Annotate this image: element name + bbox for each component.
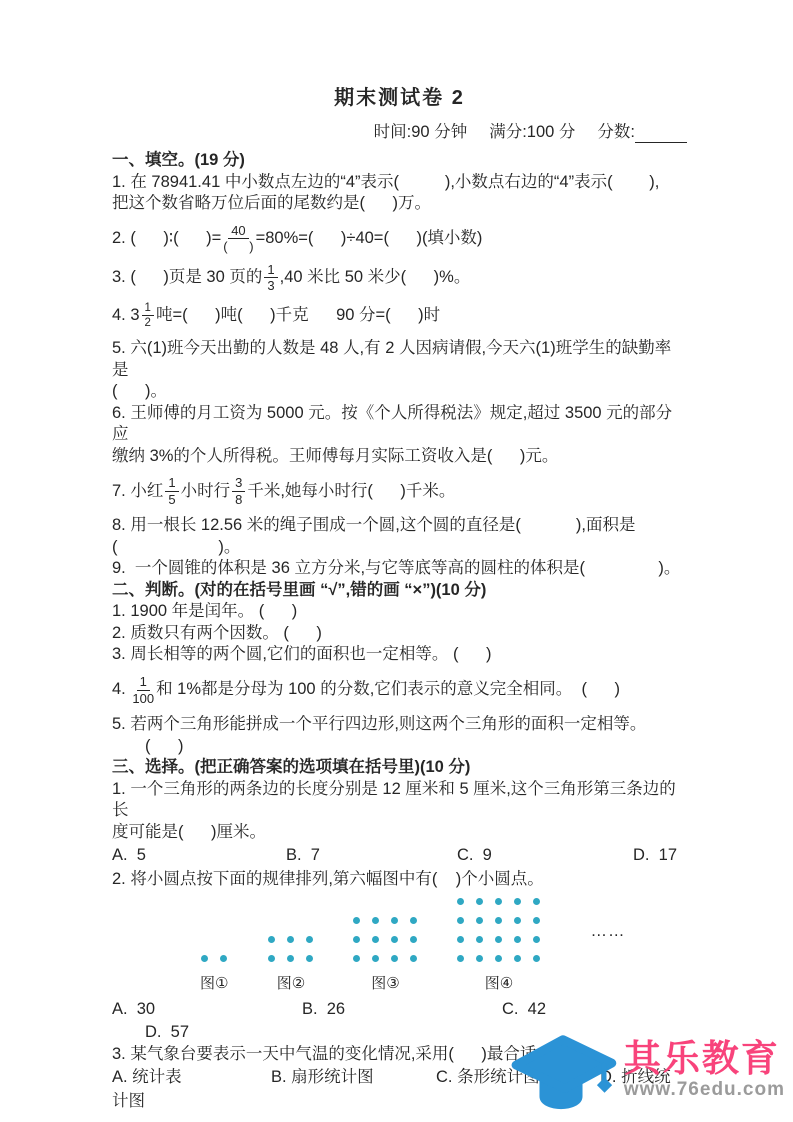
s1-q2-pre: 2. ( )∶( )= bbox=[112, 228, 221, 250]
option-b: B. 扇形统计图 bbox=[271, 1067, 436, 1089]
dot bbox=[287, 936, 294, 943]
dot bbox=[306, 936, 313, 943]
s2-q1: 1. 1900 年是闰年。 ( ) bbox=[112, 601, 687, 623]
dot bbox=[353, 955, 360, 962]
option-a: A. 统计表 bbox=[112, 1067, 271, 1089]
graduation-cap-icon bbox=[502, 1024, 620, 1114]
dot bbox=[410, 917, 417, 924]
s1-q8-line2: ( )。 bbox=[112, 537, 687, 559]
s1-q2-post: =80%=( )÷40=( )(填小数) bbox=[256, 228, 483, 250]
dot bbox=[514, 936, 521, 943]
s1-q7-pre: 7. 小红 bbox=[112, 481, 163, 503]
fraction: 12 bbox=[142, 302, 154, 329]
dot bbox=[353, 936, 360, 943]
section3-heading: 三、选择。(把正确答案的选项填在括号里)(10 分) bbox=[112, 757, 687, 779]
dot-grid bbox=[268, 936, 313, 962]
score-field: 分数: bbox=[597, 122, 687, 144]
dot bbox=[391, 917, 398, 924]
dot bbox=[372, 955, 379, 962]
s1-q2: 2. ( )∶( )=40( )=80%=( )÷40=( )(填小数) bbox=[112, 224, 687, 254]
s1-q7-mid: 小时行 bbox=[181, 481, 231, 503]
figure-label: 图① bbox=[200, 973, 228, 995]
dot bbox=[391, 955, 398, 962]
figure-label: 图④ bbox=[485, 973, 513, 995]
option-b: B. 7 bbox=[286, 845, 457, 867]
dot bbox=[533, 955, 540, 962]
dot-grid bbox=[201, 955, 227, 962]
s1-q5-line1: 5. 六(1)班今天出勤的人数是 48 人,有 2 人因病请假,今天六(1)班学… bbox=[112, 338, 687, 381]
dot bbox=[514, 955, 521, 962]
figure-label: 图② bbox=[277, 973, 305, 995]
fraction: 13 bbox=[264, 263, 277, 293]
dot bbox=[533, 898, 540, 905]
dot-figure: 图③ bbox=[353, 917, 417, 995]
s1-q1-line2: 把这个数省略万位后面的尾数约是( )万。 bbox=[112, 193, 687, 215]
dot-figure: 图① bbox=[200, 955, 228, 995]
s1-q1-line1: 1. 在 78941.41 中小数点左边的“4”表示( ),小数点右边的“4”表… bbox=[112, 172, 687, 194]
test-paper-page: 期末测试卷 2 时间:90 分钟 满分:100 分 分数: 一、填空。(19 分… bbox=[0, 0, 793, 1122]
dot bbox=[533, 917, 540, 924]
brand-logo: 其乐教育 www.76edu.com bbox=[502, 1024, 785, 1114]
option-c: C. 9 bbox=[457, 845, 633, 867]
figure-label: 图③ bbox=[371, 973, 399, 995]
s1-q4-pre: 4. 3 bbox=[112, 305, 140, 327]
dot bbox=[268, 955, 275, 962]
dot bbox=[514, 898, 521, 905]
s2-q4-pre: 4. bbox=[112, 679, 130, 701]
s2-q2: 2. 质数只有两个因数。 ( ) bbox=[112, 623, 687, 645]
dot-figure: 图② bbox=[268, 936, 313, 995]
dot bbox=[353, 917, 360, 924]
dot bbox=[457, 936, 464, 943]
time-label: 时间:90 分钟 bbox=[374, 122, 468, 144]
s1-q3: 3. ( )页是 30 页的13,40 米比 50 米少( )%。 bbox=[112, 263, 687, 293]
dot bbox=[476, 955, 483, 962]
s3-q1-line2: 度可能是( )厘米。 bbox=[112, 822, 687, 844]
dot bbox=[495, 898, 502, 905]
option-d: D. 17 bbox=[633, 845, 677, 867]
dot bbox=[372, 917, 379, 924]
s3-q1-line1: 1. 一个三角形的两条边的长度分别是 12 厘米和 5 厘米,这个三角形第三条边… bbox=[112, 779, 687, 822]
dot bbox=[391, 936, 398, 943]
dot bbox=[533, 936, 540, 943]
dot bbox=[201, 955, 208, 962]
option-c: C. 42 bbox=[502, 999, 546, 1021]
dot-pattern-figure: 图①图②图③图④…… bbox=[200, 898, 687, 995]
dot bbox=[457, 955, 464, 962]
dot bbox=[287, 955, 294, 962]
s1-q4-post: 吨=( )吨( )千克 90 分=( )时 bbox=[156, 305, 440, 327]
dot bbox=[476, 917, 483, 924]
s2-q3: 3. 周长相等的两个圆,它们的面积也一定相等。 ( ) bbox=[112, 644, 687, 666]
dot bbox=[372, 936, 379, 943]
brand-name: 其乐教育 bbox=[624, 1040, 785, 1077]
fraction: 15 bbox=[165, 476, 178, 506]
dot bbox=[220, 955, 227, 962]
paper-content: 期末测试卷 2 时间:90 分钟 满分:100 分 分数: 一、填空。(19 分… bbox=[112, 88, 687, 1112]
dot bbox=[410, 936, 417, 943]
dot bbox=[495, 936, 502, 943]
s1-q5-line2: ( )。 bbox=[112, 381, 687, 403]
dot bbox=[476, 898, 483, 905]
s1-q6-line1: 6. 王师傅的月工资为 5000 元。按《个人所得税法》规定,超过 3500 元… bbox=[112, 403, 687, 446]
fraction: 40( ) bbox=[223, 224, 253, 254]
dot bbox=[495, 955, 502, 962]
score-blank-line bbox=[635, 127, 687, 143]
pattern-ellipsis: …… bbox=[590, 921, 625, 943]
fraction: 1100 bbox=[132, 675, 154, 705]
option-a: A. 30 bbox=[112, 999, 302, 1021]
s1-q4: 4. 312吨=( )吨( )千克 90 分=( )时 bbox=[112, 302, 687, 329]
dot-grid bbox=[353, 917, 417, 962]
fraction: 38 bbox=[232, 476, 245, 506]
s1-q7-post: 千米,她每小时行( )千米。 bbox=[247, 481, 455, 503]
dot bbox=[457, 917, 464, 924]
s1-q9: 9. 一个圆锥的体积是 36 立方分米,与它等底等高的圆柱的体积是( )。 bbox=[112, 558, 687, 580]
dot bbox=[410, 955, 417, 962]
dot bbox=[268, 936, 275, 943]
dot bbox=[457, 898, 464, 905]
dot bbox=[495, 917, 502, 924]
s1-q6-line2: 缴纳 3%的个人所得税。王师傅每月实际工资收入是( )元。 bbox=[112, 446, 687, 468]
option-b: B. 26 bbox=[302, 999, 502, 1021]
s1-q7: 7. 小红15小时行38千米,她每小时行( )千米。 bbox=[112, 476, 687, 506]
s3-q1-options: A. 5 B. 7 C. 9 D. 17 bbox=[112, 845, 687, 867]
option-a: A. 5 bbox=[112, 845, 286, 867]
full-score-label: 满分:100 分 bbox=[489, 122, 575, 144]
score-label: 分数: bbox=[597, 122, 635, 144]
s1-q8-line1: 8. 用一根长 12.56 米的绳子围成一个圆,这个圆的直径是( ),面积是 bbox=[112, 515, 687, 537]
dot bbox=[306, 955, 313, 962]
s2-q4: 4. 1100和 1%都是分母为 100 的分数,它们表示的意义完全相同。 ( … bbox=[112, 675, 687, 705]
s2-q5-line2: ( ) bbox=[112, 736, 687, 758]
s2-q4-post: 和 1%都是分母为 100 的分数,它们表示的意义完全相同。 ( ) bbox=[156, 679, 620, 701]
s1-q3-post: ,40 米比 50 米少( )%。 bbox=[280, 267, 471, 289]
s1-q3-pre: 3. ( )页是 30 页的 bbox=[112, 267, 262, 289]
s3-q2-options: A. 30 B. 26 C. 42 bbox=[112, 999, 687, 1021]
s3-q2-text: 2. 将小圆点按下面的规律排列,第六幅图中有( )个小圆点。 bbox=[112, 869, 687, 891]
brand-website: www.76edu.com bbox=[624, 1080, 785, 1099]
dot-grid bbox=[457, 898, 540, 962]
dot-figure: 图④ bbox=[457, 898, 540, 995]
dot bbox=[476, 936, 483, 943]
dot bbox=[514, 917, 521, 924]
section1-heading: 一、填空。(19 分) bbox=[112, 150, 687, 172]
logo-text: 其乐教育 www.76edu.com bbox=[624, 1040, 785, 1099]
exam-meta: 时间:90 分钟 满分:100 分 分数: bbox=[112, 122, 687, 144]
section2-heading: 二、判断。(对的在括号里画 “√”,错的画 “×”)(10 分) bbox=[112, 580, 687, 602]
page-title: 期末测试卷 2 bbox=[112, 88, 687, 110]
s2-q5-line1: 5. 若两个三角形能拼成一个平行四边形,则这两个三角形的面积一定相等。 bbox=[112, 714, 687, 736]
